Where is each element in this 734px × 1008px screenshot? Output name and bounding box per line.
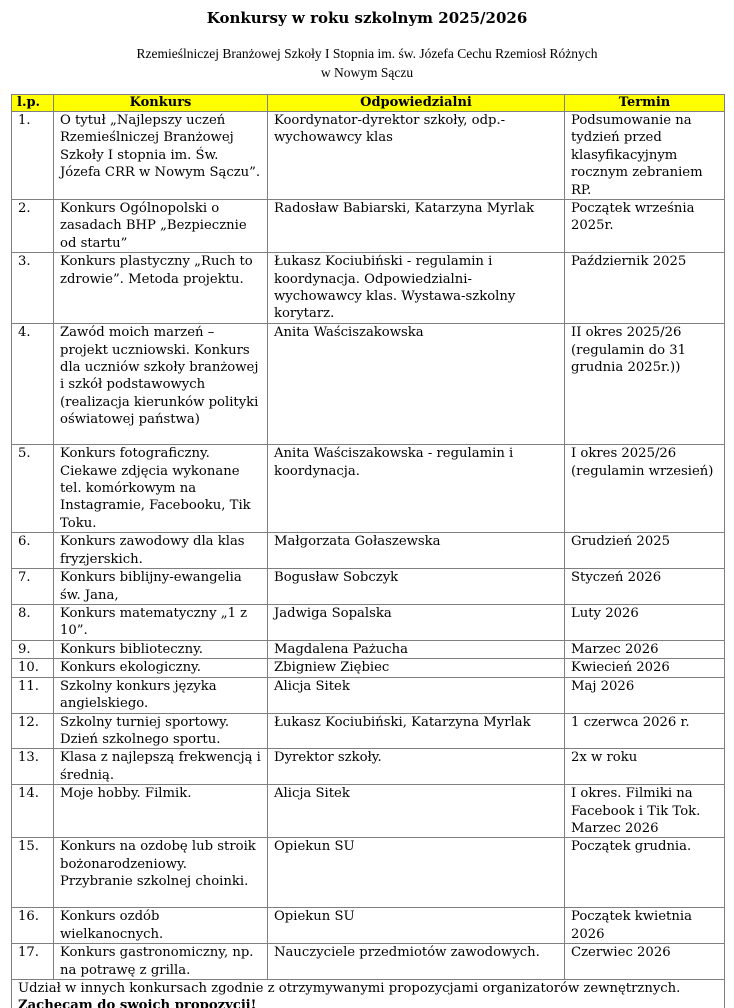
deadline-cell: Marzec 2026 — [565, 640, 725, 658]
table-row: 2.Konkurs Ogólnopolski o zasadach BHP „B… — [12, 200, 725, 253]
responsible-persons-cell: Anita Waściszakowska — [268, 324, 565, 445]
responsible-persons-cell: Alicja Sitek — [268, 785, 565, 838]
responsible-persons-cell: Bogusław Sobczyk — [268, 569, 565, 605]
contest-name-cell: O tytuł „Najlepszy uczeń Rzemieślniczej … — [54, 112, 268, 200]
row-number-cell: 9. — [12, 640, 54, 658]
contest-name-cell: Konkurs biblioteczny. — [54, 640, 268, 658]
contest-name-cell: Konkurs zawodowy dla klas fryzjerskich. — [54, 533, 268, 569]
table-row: 10.Konkurs ekologiczny.Zbigniew ZiębiecK… — [12, 659, 725, 677]
responsible-persons-cell: Nauczyciele przedmiotów zawodowych. — [268, 944, 565, 980]
deadline-cell: Początek grudnia. — [565, 838, 725, 908]
deadline-cell: 1 czerwca 2026 r. — [565, 713, 725, 749]
table-row: 12.Szkolny turniej sportowy. Dzień szkol… — [12, 713, 725, 749]
responsible-persons-cell: Koordynator-dyrektor szkoły, odp.-wychow… — [268, 112, 565, 200]
row-number-cell: 8. — [12, 604, 54, 640]
document-subtitle: Rzemieślniczej Branżowej Szkoły I Stopni… — [0, 44, 734, 82]
subtitle-line-2: w Nowym Sączu — [0, 63, 734, 82]
deadline-cell: Początek kwietnia 2026 — [565, 908, 725, 944]
contest-name-cell: Konkurs ekologiczny. — [54, 659, 268, 677]
row-number-cell: 1. — [12, 112, 54, 200]
table-row: 6.Konkurs zawodowy dla klas fryzjerskich… — [12, 533, 725, 569]
table-row: 14.Moje hobby. Filmik.Alicja SitekI okre… — [12, 785, 725, 838]
contest-name-cell: Moje hobby. Filmik. — [54, 785, 268, 838]
deadline-cell: Podsumowanie na tydzień przed klasyfikac… — [565, 112, 725, 200]
table-row: 11.Szkolny konkurs języka angielskiego.A… — [12, 677, 725, 713]
responsible-persons-cell: Radosław Babiarski, Katarzyna Myrlak — [268, 200, 565, 253]
responsible-persons-cell: Zbigniew Ziębiec — [268, 659, 565, 677]
column-header-lp: l.p. — [12, 95, 54, 112]
row-number-cell: 15. — [12, 838, 54, 908]
contest-name-cell: Konkurs na ozdobę lub stroik bożonarodze… — [54, 838, 268, 908]
table-row: 4.Zawód moich marzeń – projekt uczniowsk… — [12, 324, 725, 445]
row-number-cell: 12. — [12, 713, 54, 749]
row-number-cell: 10. — [12, 659, 54, 677]
contest-name-cell: Konkurs plastyczny „Ruch to zdrowie”. Me… — [54, 253, 268, 324]
note-row: Udział w innych konkursach zgodnie z otr… — [12, 980, 725, 1008]
row-number-cell: 16. — [12, 908, 54, 944]
row-number-cell: 17. — [12, 944, 54, 980]
contest-name-cell: Zawód moich marzeń – projekt uczniowski.… — [54, 324, 268, 445]
responsible-persons-cell: Anita Waściszakowska - regulamin i koord… — [268, 445, 565, 533]
table-row: 13.Klasa z najlepszą frekwencją i średni… — [12, 749, 725, 785]
table-row: 17.Konkurs gastronomiczny, np. na potraw… — [12, 944, 725, 980]
deadline-cell: Październik 2025 — [565, 253, 725, 324]
deadline-cell: Czerwiec 2026 — [565, 944, 725, 980]
deadline-cell: Kwiecień 2026 — [565, 659, 725, 677]
table-row: 5.Konkurs fotograficzny. Ciekawe zdjęcia… — [12, 445, 725, 533]
row-number-cell: 11. — [12, 677, 54, 713]
responsible-persons-cell: Małgorzata Gołaszewska — [268, 533, 565, 569]
responsible-persons-cell: Alicja Sitek — [268, 677, 565, 713]
row-number-cell: 4. — [12, 324, 54, 445]
contest-name-cell: Szkolny turniej sportowy. Dzień szkolneg… — [54, 713, 268, 749]
row-number-cell: 2. — [12, 200, 54, 253]
contest-name-cell: Konkurs ozdób wielkanocnych. — [54, 908, 268, 944]
row-number-cell: 13. — [12, 749, 54, 785]
deadline-cell: Grudzień 2025 — [565, 533, 725, 569]
contest-name-cell: Szkolny konkurs języka angielskiego. — [54, 677, 268, 713]
responsible-persons-cell: Łukasz Kociubiński - regulamin i koordyn… — [268, 253, 565, 324]
responsible-persons-cell: Opiekun SU — [268, 838, 565, 908]
deadline-cell: II okres 2025/26 (regulamin do 31 grudni… — [565, 324, 725, 445]
deadline-cell: Maj 2026 — [565, 677, 725, 713]
row-number-cell: 3. — [12, 253, 54, 324]
row-number-cell: 6. — [12, 533, 54, 569]
contest-name-cell: Konkurs matematyczny „1 z 10”. — [54, 604, 268, 640]
note-bold-text: Zachęcam do swoich propozycji! — [18, 998, 256, 1008]
contest-name-cell: Klasa z najlepszą frekwencją i średnią. — [54, 749, 268, 785]
deadline-cell: Luty 2026 — [565, 604, 725, 640]
row-number-cell: 14. — [12, 785, 54, 838]
column-header-konkurs: Konkurs — [54, 95, 268, 112]
contests-table: l.p. Konkurs Odpowiedzialni Termin 1.O t… — [11, 94, 725, 1008]
table-row: 8.Konkurs matematyczny „1 z 10”.Jadwiga … — [12, 604, 725, 640]
row-number-cell: 5. — [12, 445, 54, 533]
column-header-odpowiedzialni: Odpowiedzialni — [268, 95, 565, 112]
contest-name-cell: Konkurs Ogólnopolski o zasadach BHP „Bez… — [54, 200, 268, 253]
table-body: 1.O tytuł „Najlepszy uczeń Rzemieślnicze… — [12, 112, 725, 980]
table-row: 3.Konkurs plastyczny „Ruch to zdrowie”. … — [12, 253, 725, 324]
row-number-cell: 7. — [12, 569, 54, 605]
column-header-termin: Termin — [565, 95, 725, 112]
table-row: 15.Konkurs na ozdobę lub stroik bożonaro… — [12, 838, 725, 908]
responsible-persons-cell: Magdalena Pażucha — [268, 640, 565, 658]
contest-name-cell: Konkurs gastronomiczny, np. na potrawę z… — [54, 944, 268, 980]
responsible-persons-cell: Łukasz Kociubiński, Katarzyna Myrlak — [268, 713, 565, 749]
table-row: 16.Konkurs ozdób wielkanocnych.Opiekun S… — [12, 908, 725, 944]
deadline-cell: I okres. Filmiki na Facebook i Tik Tok. … — [565, 785, 725, 838]
responsible-persons-cell: Dyrektor szkoły. — [268, 749, 565, 785]
note-cell: Udział w innych konkursach zgodnie z otr… — [12, 980, 725, 1008]
responsible-persons-cell: Jadwiga Sopalska — [268, 604, 565, 640]
subtitle-line-1: Rzemieślniczej Branżowej Szkoły I Stopni… — [0, 44, 734, 63]
document-title: Konkursy w roku szkolnym 2025/2026 — [0, 9, 734, 27]
contest-name-cell: Konkurs fotograficzny. Ciekawe zdjęcia w… — [54, 445, 268, 533]
contest-name-cell: Konkurs biblijny-ewangelia św. Jana, — [54, 569, 268, 605]
deadline-cell: I okres 2025/26 (regulamin wrzesień) — [565, 445, 725, 533]
deadline-cell: Początek września 2025r. — [565, 200, 725, 253]
table-header-row: l.p. Konkurs Odpowiedzialni Termin — [12, 95, 725, 112]
deadline-cell: Styczeń 2026 — [565, 569, 725, 605]
table-row: 9.Konkurs biblioteczny.Magdalena Pażucha… — [12, 640, 725, 658]
table-row: 7.Konkurs biblijny-ewangelia św. Jana,Bo… — [12, 569, 725, 605]
deadline-cell: 2x w roku — [565, 749, 725, 785]
responsible-persons-cell: Opiekun SU — [268, 908, 565, 944]
note-text: Udział w innych konkursach zgodnie z otr… — [18, 981, 680, 996]
table-row: 1.O tytuł „Najlepszy uczeń Rzemieślnicze… — [12, 112, 725, 200]
